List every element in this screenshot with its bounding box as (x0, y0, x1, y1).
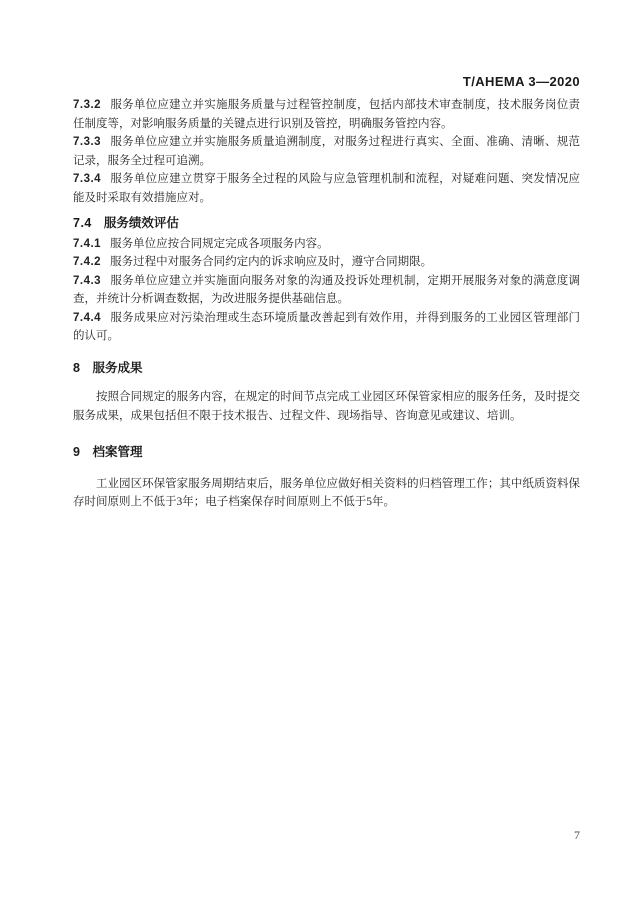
clause-7-3-2: 7.3.2服务单位应建立并实施服务质量与过程管控制度，包括内部技术审查制度，技术… (73, 96, 580, 133)
clause-number: 7.4.3 (73, 275, 101, 287)
clause-text: 服务过程中对服务合同约定内的诉求响应及时，遵守合同期限。 (110, 256, 432, 268)
clause-text: 服务单位应建立并实施服务质量追溯制度，对服务过程进行真实、全面、准确、清晰、规范… (73, 136, 580, 167)
clause-text: 服务单位应按合同规定完成各项服务内容。 (110, 238, 329, 250)
clause-number: 7.3.4 (73, 173, 101, 185)
clause-text: 服务单位应建立并实施服务质量与过程管控制度，包括内部技术审查制度，技术服务岗位责… (73, 99, 580, 130)
clause-7-4-4: 7.4.4服务成果应对污染治理或生态环境质量改善起到有效作用，并得到服务的工业园… (73, 309, 580, 346)
clause-number: 7.3.2 (73, 99, 101, 111)
clause-text: 服务成果应对污染治理或生态环境质量改善起到有效作用，并得到服务的工业园区管理部门… (73, 312, 580, 343)
section-heading-9: 9档案管理 (73, 443, 580, 462)
clause-number: 7.4.4 (73, 312, 101, 324)
clause-number: 7.4.1 (73, 238, 101, 250)
section-number: 7.4 (73, 216, 92, 230)
clause-7-4-1: 7.4.1服务单位应按合同规定完成各项服务内容。 (73, 235, 580, 254)
section-title: 服务成果 (92, 361, 142, 375)
document-page: T/AHEMA 3—2020 7.3.2服务单位应建立并实施服务质量与过程管控制… (0, 0, 640, 905)
clause-7-3-4: 7.3.4服务单位应建立贯穿于服务全过程的风险与应急管理机制和流程，对疑难问题、… (73, 170, 580, 207)
section-heading-7-4: 7.4服务绩效评估 (73, 214, 580, 233)
clause-7-3-3: 7.3.3服务单位应建立并实施服务质量追溯制度，对服务过程进行真实、全面、准确、… (73, 133, 580, 170)
section-number: 9 (73, 445, 80, 459)
clause-number: 7.3.3 (73, 136, 101, 148)
section-title: 档案管理 (92, 445, 142, 459)
page-number: 7 (73, 828, 580, 843)
clause-text: 服务单位应建立贯穿于服务全过程的风险与应急管理机制和流程，对疑难问题、突发情况应… (73, 173, 580, 204)
section-title: 服务绩效评估 (104, 216, 179, 230)
section-8-paragraph: 按照合同规定的服务内容，在规定的时间节点完成工业园区环保管家相应的服务任务，及时… (73, 388, 580, 425)
section-9-paragraph: 工业园区环保管家服务周期结束后，服务单位应做好相关资料的归档管理工作；其中纸质资… (73, 475, 580, 512)
clause-7-4-3: 7.4.3服务单位应建立并实施面向服务对象的沟通及投诉处理机制，定期开展服务对象… (73, 272, 580, 309)
clause-7-4-2: 7.4.2服务过程中对服务合同约定内的诉求响应及时，遵守合同期限。 (73, 253, 580, 272)
document-content: 7.3.2服务单位应建立并实施服务质量与过程管控制度，包括内部技术审查制度，技术… (73, 96, 580, 512)
clause-number: 7.4.2 (73, 256, 101, 268)
section-heading-8: 8服务成果 (73, 359, 580, 378)
clause-text: 服务单位应建立并实施面向服务对象的沟通及投诉处理机制，定期开展服务对象的满意度调… (73, 275, 580, 306)
section-number: 8 (73, 361, 80, 375)
standard-code-header: T/AHEMA 3—2020 (73, 74, 580, 89)
